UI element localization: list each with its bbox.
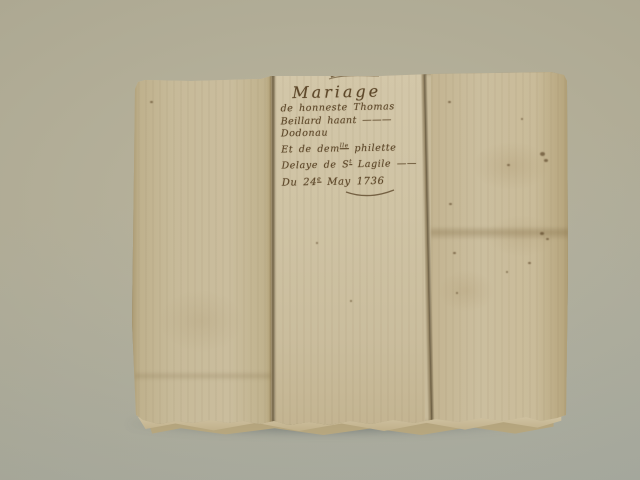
horizontal-crease-left-panel [135, 371, 271, 381]
ink-speck [546, 238, 549, 240]
ink-speck [456, 292, 458, 294]
photo-background: Mariage de honneste Thomas Beillard haan… [0, 0, 640, 480]
ink-speck [506, 271, 508, 273]
inscription-title: Mariage [280, 80, 432, 104]
handwritten-inscription: Mariage de honneste Thomas Beillard haan… [280, 80, 434, 191]
ink-speck [453, 252, 456, 254]
inscription-date-line: Du 24e May 1736 [282, 172, 434, 191]
inscription-text: Du 24 [282, 177, 318, 189]
ink-speck [540, 152, 545, 156]
ink-speck [544, 159, 548, 162]
inscription-text: May 1736 [321, 176, 384, 188]
document-panel-right [431, 71, 569, 426]
inscription-text: philette [349, 142, 397, 154]
inscription-text: Delaye de S [281, 159, 349, 171]
ink-speck [540, 232, 544, 235]
inscription-line: Delaye de St Lagile —— [281, 154, 433, 172]
superscript-abbreviation: lle [340, 143, 349, 149]
inscription-text: Et de dem [281, 143, 340, 155]
ink-speck [316, 242, 318, 244]
ink-speck [350, 300, 352, 302]
ink-speck [528, 262, 531, 264]
folded-manuscript-document: Mariage de honneste Thomas Beillard haan… [131, 71, 569, 426]
ink-speck [449, 203, 452, 205]
ink-speck [507, 164, 510, 166]
ink-speck [448, 101, 451, 103]
ink-speck [521, 118, 523, 120]
ink-speck [150, 101, 153, 103]
inscription-text: Lagile —— [352, 158, 417, 170]
